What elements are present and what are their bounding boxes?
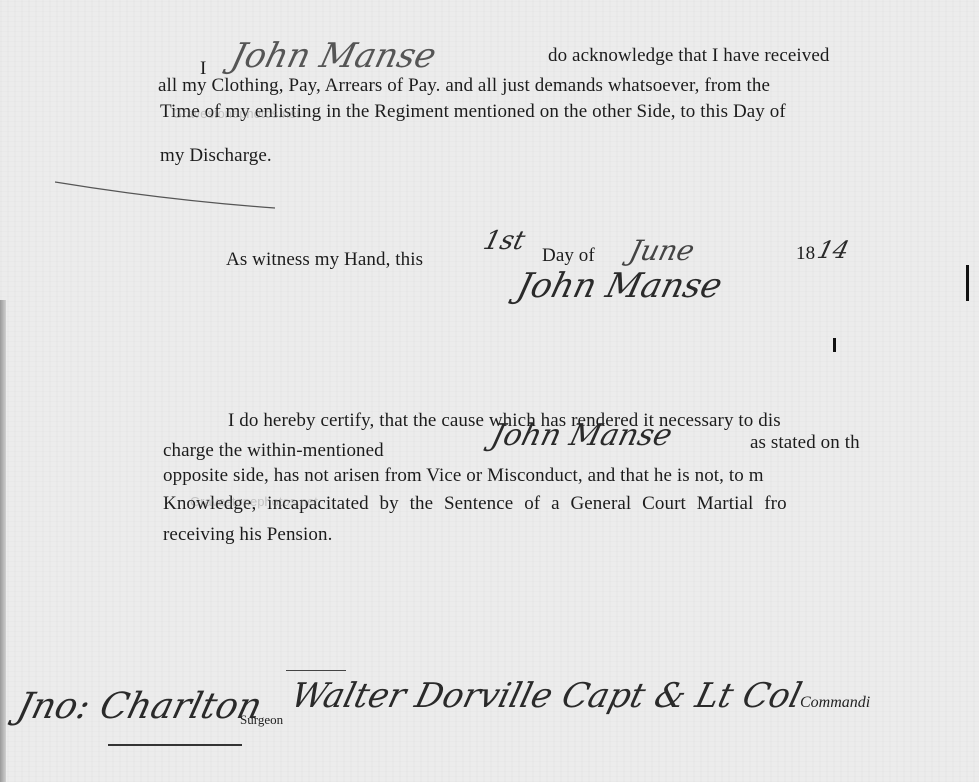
cert-line5: receiving his Pension.: [163, 524, 332, 546]
ack-name-handwritten: John Manse: [227, 36, 440, 76]
witness-signature: John Manse: [513, 266, 726, 306]
surgeon-label: Surgeon: [240, 712, 283, 728]
witness-day-of: Day of: [542, 245, 595, 267]
witness-month: June: [626, 234, 698, 267]
commander-label: Commandi: [800, 694, 870, 712]
cert-line3: opposite side, has not arisen from Vice …: [163, 465, 764, 487]
commander-signature: Walter Dorville Capt & Lt Col: [287, 676, 806, 716]
rule-above-signatures: [286, 670, 346, 671]
ink-mark-right: [966, 265, 969, 301]
witness-day: 1st: [480, 226, 528, 256]
witness-year-printed: 18: [796, 243, 815, 265]
rule-line-icon: [55, 178, 275, 212]
watermark-bottom: Gravestonephotos.net: [190, 494, 318, 509]
cert-line2-head: charge the within-mentioned: [163, 440, 384, 462]
ack-line1-tail: do acknowledge that I have received: [548, 45, 830, 67]
witness-label: As witness my Hand, this: [226, 249, 423, 271]
ink-mark-small: [833, 338, 836, 352]
cert-line2-tail: as stated on th: [750, 432, 860, 454]
surgeon-underline: [108, 744, 242, 746]
ack-line4: my Discharge.: [160, 145, 272, 167]
witness-year-handwritten: 14: [815, 236, 853, 264]
watermark-top: Gravestonephotos.net: [172, 106, 300, 121]
surgeon-signature: Jno: Charlton: [13, 686, 266, 727]
page-left-edge-shadow: [0, 300, 6, 782]
ack-line2: all my Clothing, Pay, Arrears of Pay. an…: [158, 75, 770, 97]
curved-rule: [55, 178, 275, 212]
cert-name-handwritten: John Manse: [488, 418, 676, 453]
